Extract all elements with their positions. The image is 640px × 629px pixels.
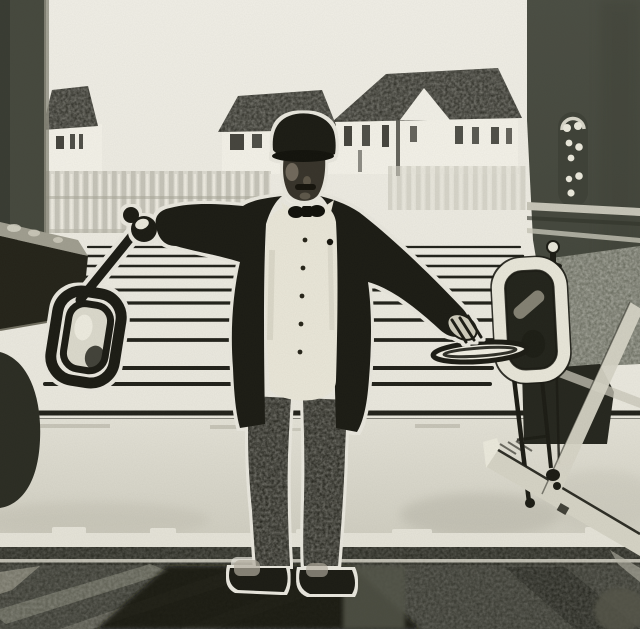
film-grain bbox=[0, 0, 640, 629]
photo-railway-token-exchange bbox=[0, 0, 640, 629]
